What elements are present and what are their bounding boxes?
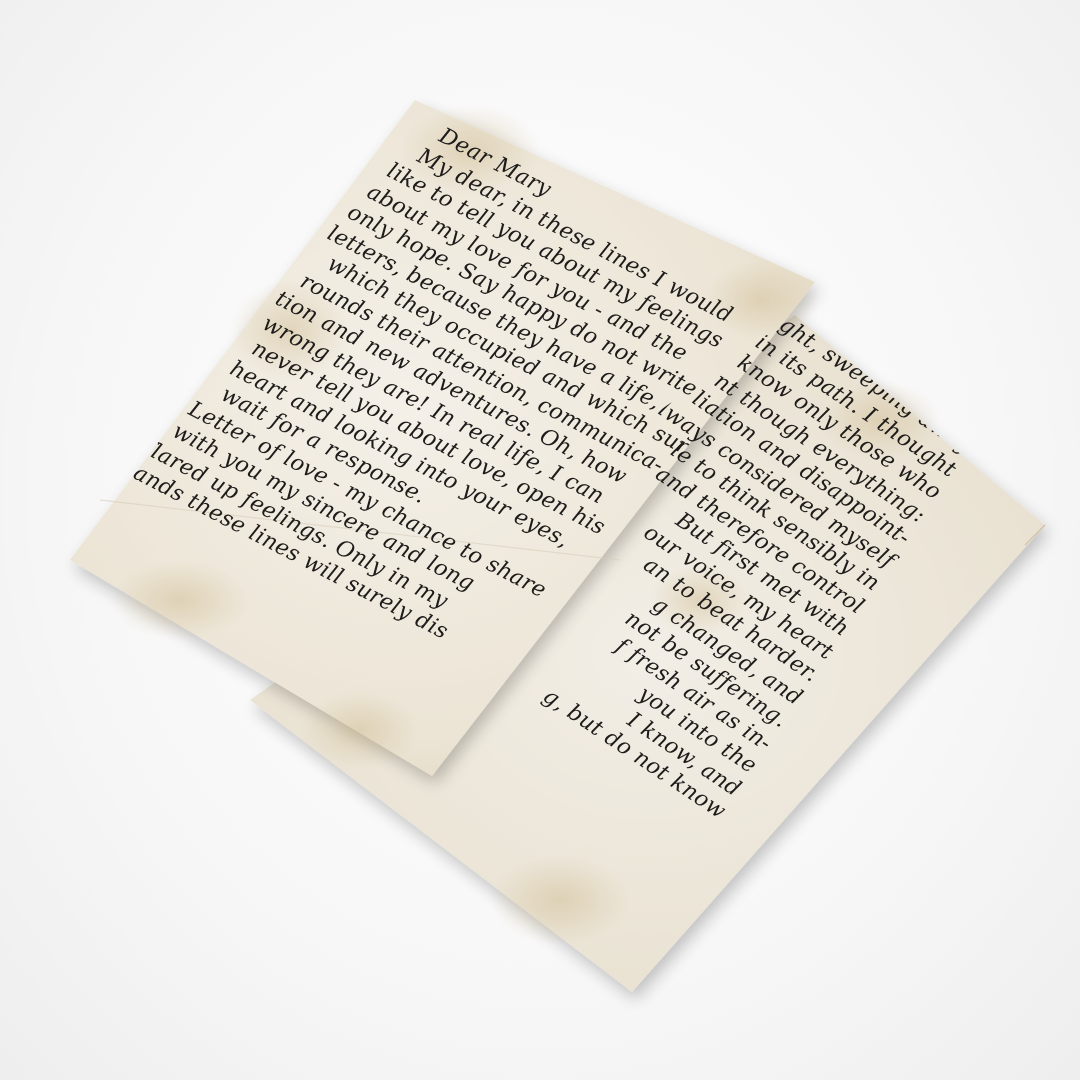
paper-sheets xyxy=(0,0,1080,1080)
letters-scene: , bright, sweeping awayin its path. I th… xyxy=(0,0,1080,1080)
